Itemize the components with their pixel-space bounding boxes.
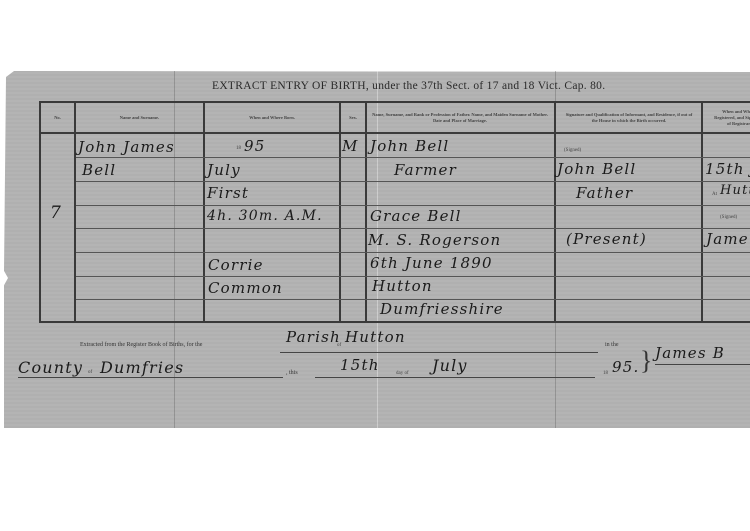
extracted-label: Extracted from the Register Book of Birt… <box>80 342 202 348</box>
registrar-underline <box>655 364 750 365</box>
birth-month: July <box>207 161 241 179</box>
column-header-registered: When and Where Registered, and Signature… <box>704 103 750 132</box>
marriage-place-line1: Hutton <box>372 277 433 295</box>
ruled-line <box>76 205 750 206</box>
column-divider <box>203 101 205 323</box>
child-surname: Bell <box>82 161 116 179</box>
in-the-label: in the <box>605 342 619 348</box>
this-label: , this <box>286 370 298 376</box>
ruled-line <box>76 228 750 229</box>
entry-number: 7 <box>50 203 62 223</box>
header-divider <box>39 132 750 134</box>
footer-day: 15th <box>340 356 380 374</box>
informant-signature: John Bell <box>557 160 636 178</box>
column-header-born: When and Where Born. <box>205 103 339 132</box>
father-profession: Farmer <box>394 161 457 179</box>
column-header-informant: Signature and Qualification of Informant… <box>557 103 701 132</box>
column-header-name: Name and Surname. <box>76 103 203 132</box>
parish-conj: of <box>337 343 341 348</box>
ruled-line <box>76 181 750 182</box>
year-prefix-footer: 18 <box>603 371 608 376</box>
sex-value: M <box>342 137 359 155</box>
parish-underline <box>280 352 598 353</box>
informant-presence: (Present) <box>566 230 647 248</box>
ruled-line <box>76 252 750 253</box>
county-underline <box>18 377 283 378</box>
birth-year: 95 <box>244 137 266 155</box>
county-conj: of <box>88 370 92 375</box>
brace-decoration: } <box>640 346 652 376</box>
birth-place-line2: Common <box>208 279 283 297</box>
father-name: John Bell <box>370 137 449 155</box>
county-name: Dumfries <box>100 358 184 377</box>
registered-date: 15th J <box>705 160 750 178</box>
marriage-date: 6th June 1890 <box>370 254 493 272</box>
column-divider <box>701 101 703 323</box>
birth-time: 4h. 30m. A.M. <box>207 208 323 224</box>
child-forenames: John James <box>78 138 175 156</box>
birth-day: First <box>207 184 249 202</box>
registrar-signature: Jame <box>706 230 749 248</box>
registered-place-prefix: At <box>712 192 717 197</box>
county-label: County <box>18 358 83 377</box>
date-underline <box>315 377 595 378</box>
column-divider <box>554 101 556 323</box>
parish-name: Hutton <box>345 328 406 346</box>
informant-qualification: Father <box>576 184 633 202</box>
registrar-signed-label: (Signed) <box>720 215 737 220</box>
ruled-line <box>76 157 750 158</box>
day-of-label: day of <box>396 371 409 376</box>
footer-month: July <box>432 356 468 375</box>
registered-place: Hutt <box>720 183 750 198</box>
column-header-no: No. <box>41 103 74 132</box>
column-header-sex: Sex. <box>341 103 365 132</box>
footer-year: 95. <box>612 358 639 376</box>
informant-signed-label: (Signed) <box>564 148 581 153</box>
column-divider <box>365 101 367 323</box>
column-header-parents: Name, Surname, and Rank or Profession of… <box>368 103 552 132</box>
birth-place-line1: Corrie <box>208 256 264 274</box>
parish-label: Parish <box>286 328 341 346</box>
footer-registrar-signature: James B <box>655 344 725 362</box>
mother-name: Grace Bell <box>370 207 462 225</box>
year-prefix: 18 <box>236 146 241 151</box>
column-divider <box>74 101 76 323</box>
mother-maiden-name: M. S. Rogerson <box>368 231 501 249</box>
marriage-place-line2: Dumfriesshire <box>380 300 504 318</box>
column-divider <box>339 101 341 323</box>
